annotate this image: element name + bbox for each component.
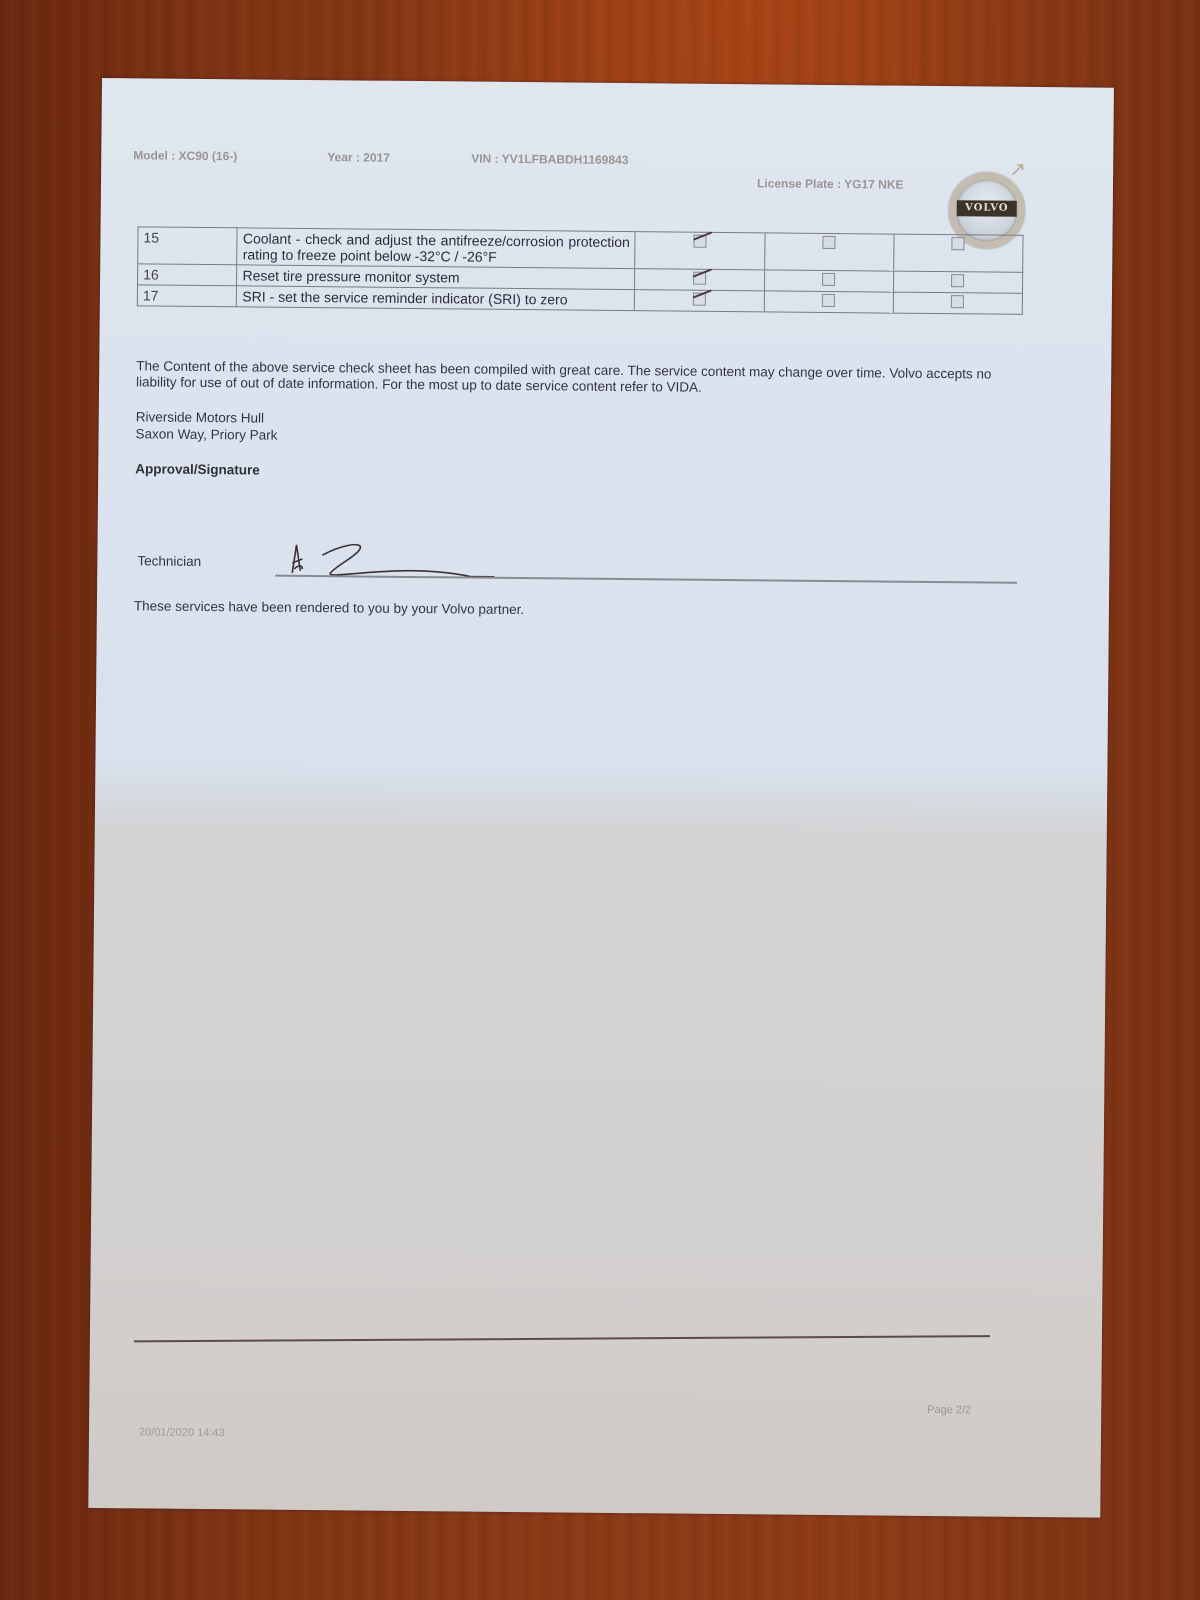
empty-checkbox-icon[interactable] — [952, 237, 965, 250]
check-cell — [635, 290, 764, 312]
check-cell — [893, 292, 1022, 314]
empty-checkbox-icon[interactable] — [823, 236, 836, 249]
technician-label: Technician — [137, 553, 201, 569]
service-sheet-page: Model : XC90 (16-) Year : 2017 VIN : YV1… — [88, 78, 1114, 1518]
empty-checkbox-icon[interactable] — [822, 294, 835, 307]
dealer-address: Riverside Motors Hull Saxon Way, Priory … — [136, 408, 278, 443]
service-check-table: 15Coolant - check and adjust the antifre… — [137, 226, 1024, 315]
vehicle-year: Year : 2017 — [327, 150, 390, 165]
check-cell — [893, 234, 1023, 272]
item-number: 17 — [137, 285, 237, 307]
dealer-name: Riverside Motors Hull — [136, 408, 278, 426]
check-cell — [635, 232, 765, 270]
vehicle-vin: VIN : YV1LFBABDH1169843 — [471, 152, 628, 168]
disclaimer-text: The Content of the above service check s… — [136, 358, 1026, 399]
check-cell — [764, 233, 894, 271]
empty-checkbox-icon[interactable] — [951, 295, 964, 308]
check-cell — [764, 291, 893, 313]
empty-checkbox-icon[interactable] — [822, 273, 835, 286]
check-cell — [893, 271, 1022, 293]
checked-checkbox-icon[interactable] — [693, 272, 706, 285]
page-number: Page 2/2 — [927, 1404, 971, 1416]
empty-checkbox-icon[interactable] — [951, 274, 964, 287]
item-description: SRI - set the service reminder indicator… — [237, 286, 635, 311]
volvo-iron-mark-icon: ↗ — [1009, 157, 1026, 182]
volvo-logo-text: VOLVO — [957, 200, 1017, 217]
checked-checkbox-icon[interactable] — [693, 235, 706, 248]
item-description: Coolant - check and adjust the antifreez… — [237, 228, 635, 269]
print-timestamp: 20/01/2020 14:43 — [139, 1426, 225, 1439]
footer-divider — [134, 1335, 990, 1342]
check-cell — [764, 270, 893, 292]
checked-checkbox-icon[interactable] — [693, 293, 706, 306]
rendered-note: These services have been rendered to you… — [134, 598, 524, 617]
item-number: 16 — [138, 264, 238, 286]
check-cell — [635, 269, 764, 291]
approval-heading: Approval/Signature — [135, 461, 260, 477]
item-number: 15 — [138, 227, 238, 265]
dealer-street: Saxon Way, Priory Park — [136, 425, 278, 443]
vehicle-model: Model : XC90 (16-) — [133, 148, 237, 163]
license-plate: License Plate : YG17 NKE — [757, 176, 904, 191]
